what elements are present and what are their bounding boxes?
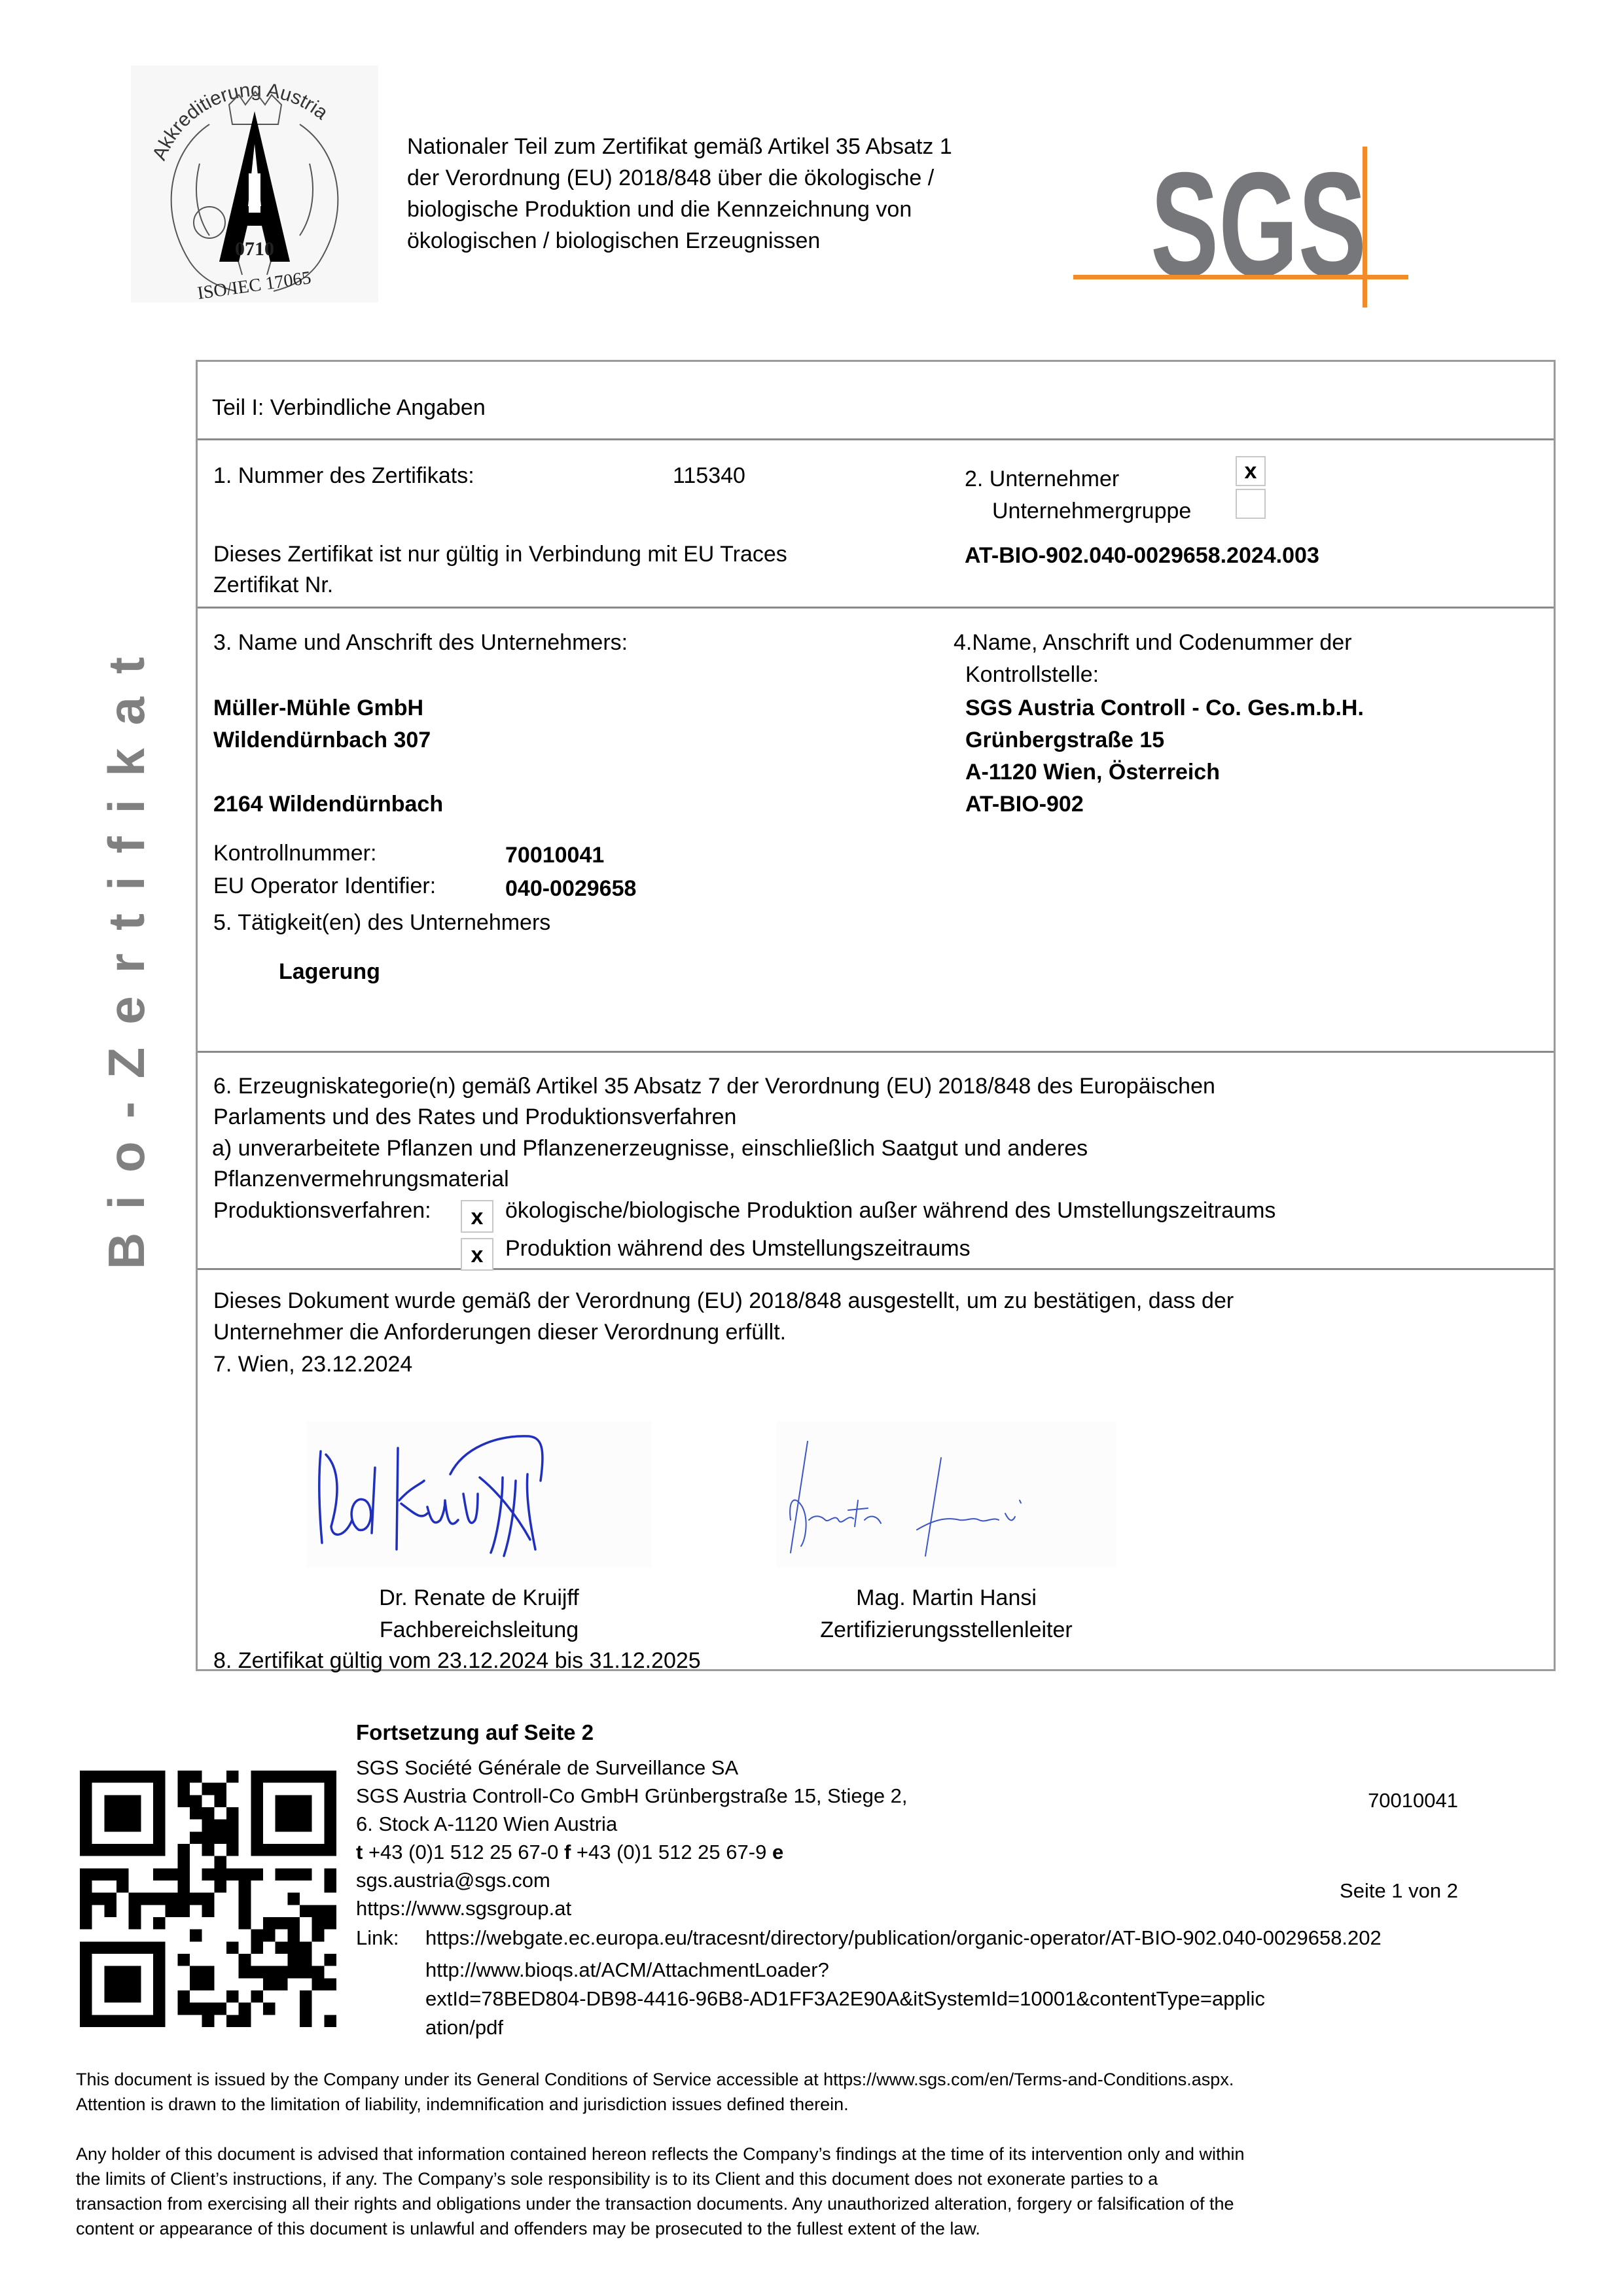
operator-checkbox[interactable]: x <box>1236 456 1266 486</box>
legal-line: content or appearance of this document i… <box>76 2216 980 2241</box>
email-prefix: e <box>772 1841 783 1863</box>
heading-line: biologische Produktion und die Kennzeich… <box>407 194 1048 225</box>
certificate-heading: Nationaler Teil zum Zertifikat gemäß Art… <box>407 131 1048 256</box>
email-link[interactable]: sgs.austria@sgs.com <box>356 1866 550 1895</box>
signatory-2-name: Mag. Martin Hansi <box>776 1582 1116 1614</box>
method-conversion-checkbox[interactable]: x <box>461 1238 493 1271</box>
phone-number: +43 (0)1 512 25 67-0 <box>363 1841 564 1863</box>
traces-link[interactable]: https://webgate.ec.europa.eu/tracesnt/di… <box>425 1924 1382 1952</box>
method-organic-label: ökologische/biologische Produktion außer… <box>505 1195 1275 1227</box>
divider <box>198 1051 1554 1053</box>
accreditation-austria-eagle-icon: Akkreditierung Austria 0710 ISO/IEC 1706… <box>131 65 378 302</box>
heading-line: Nationaler Teil zum Zertifikat gemäß Art… <box>407 131 1048 162</box>
svg-text:SGS: SGS <box>1150 144 1366 308</box>
method-conversion-label: Produktion während des Umstellungszeitra… <box>505 1233 971 1265</box>
traces-note-line: Zertifikat Nr. <box>213 569 333 601</box>
signatory-1-name: Dr. Renate de Kruijff <box>306 1582 652 1614</box>
signatory-1-role: Fachbereichsleitung <box>306 1614 652 1646</box>
activities-label: 5. Tätigkeit(en) des Unternehmers <box>213 907 550 939</box>
eu-operator-label: EU Operator Identifier: <box>213 870 436 902</box>
operator-section-label: 3. Name und Anschrift des Unternehmers: <box>213 627 628 659</box>
handwritten-signature-icon <box>306 1422 652 1567</box>
page-indicator: Seite 1 von 2 <box>1296 1877 1458 1905</box>
handwritten-signature-icon <box>776 1422 1116 1567</box>
control-body-name: SGS Austria Controll - Co. Ges.m.b.H. <box>965 692 1364 724</box>
legal-line: This document is issued by the Company u… <box>76 2067 1234 2092</box>
divider <box>198 1268 1554 1270</box>
traces-note-line: Dieses Zertifikat ist nur gültig in Verb… <box>213 539 787 571</box>
sgs-logo: SGS <box>1073 144 1440 308</box>
legal-line: the limits of Client’s instructions, if … <box>76 2166 1158 2191</box>
control-body-street: Grünbergstraße 15 <box>965 724 1164 756</box>
activity-item: Lagerung <box>279 956 380 988</box>
continuation-note: Fortsetzung auf Seite 2 <box>356 1718 594 1747</box>
company-line: SGS Société Générale de Surveillance SA <box>356 1754 738 1782</box>
qr-code-icon <box>80 1771 336 2027</box>
bioqs-link[interactable]: extId=78BED804-DB98-4416-96B8-AD1FF3A2E9… <box>425 1985 1265 2013</box>
declaration-line: Dieses Dokument wurde gemäß der Verordnu… <box>213 1285 1234 1317</box>
production-methods-label: Produktionsverfahren: <box>213 1195 431 1227</box>
fax-prefix: f <box>564 1841 571 1863</box>
svg-text:0710: 0710 <box>235 238 274 260</box>
traces-certificate-number: AT-BIO-902.040-0029658.2024.003 <box>965 540 1319 572</box>
part-title: Teil I: Verbindliche Angaben <box>212 392 486 424</box>
qr-code[interactable] <box>80 1771 336 2027</box>
certificate-number: 115340 <box>673 460 745 492</box>
operator-group-checkbox[interactable] <box>1236 489 1266 519</box>
bioqs-link[interactable]: ation/pdf <box>425 2013 503 2042</box>
product-category-line: Pflanzenvermehrungsmaterial <box>213 1163 509 1195</box>
control-number-label: Kontrollnummer: <box>213 838 376 870</box>
operator-type-label: 2. Unternehmer <box>965 463 1119 495</box>
fax-number: +43 (0)1 512 25 67-9 <box>571 1841 772 1863</box>
footer-control-number: 70010041 <box>1361 1786 1458 1815</box>
validity-period: 8. Zertifikat gültig vom 23.12.2024 bis … <box>213 1645 701 1677</box>
legal-line: Attention is drawn to the limitation of … <box>76 2092 849 2117</box>
bioqs-link[interactable]: http://www.bioqs.at/ACM/AttachmentLoader… <box>425 1956 829 1985</box>
eu-operator-id: 040-0029658 <box>505 873 636 905</box>
control-body-city: A-1120 Wien, Österreich <box>965 756 1220 788</box>
sgs-logo-icon: SGS <box>1073 144 1440 308</box>
signature-hansi <box>776 1422 1116 1567</box>
certificate-number-label: 1. Nummer des Zertifikats: <box>213 460 474 492</box>
divider <box>198 607 1554 609</box>
signatory-2-role: Zertifizierungsstellenleiter <box>776 1614 1116 1646</box>
svg-text:Akkreditierung Austria: Akkreditierung Austria <box>149 79 332 164</box>
legal-line: transaction from exercising all their ri… <box>76 2191 1234 2216</box>
svg-text:ISO/IEC 17065: ISO/IEC 17065 <box>196 268 313 302</box>
heading-line: der Verordnung (EU) 2018/848 über die ök… <box>407 162 1048 194</box>
accreditation-logo: Akkreditierung Austria 0710 ISO/IEC 1706… <box>131 65 378 302</box>
website-link[interactable]: https://www.sgsgroup.at <box>356 1894 571 1923</box>
contact-line: t +43 (0)1 512 25 67-0 f +43 (0)1 512 25… <box>356 1838 783 1867</box>
control-body-label-line: 4.Name, Anschrift und Codenummer der <box>954 627 1352 659</box>
signature-kruijff <box>306 1422 652 1567</box>
product-categories-label-line: 6. Erzeugniskategorie(n) gemäß Artikel 3… <box>213 1070 1215 1103</box>
control-body-code: AT-BIO-902 <box>965 788 1084 821</box>
company-line: SGS Austria Controll-Co GmbH Grünbergstr… <box>356 1782 908 1810</box>
operator-name: Müller-Mühle GmbH <box>213 692 423 724</box>
company-line: 6. Stock A-1120 Wien Austria <box>356 1810 617 1839</box>
heading-line: ökologischen / biologischen Erzeugnissen <box>407 225 1048 256</box>
divider <box>198 438 1554 440</box>
product-categories-label-line: Parlaments und des Rates und Produktions… <box>213 1101 736 1133</box>
phone-prefix: t <box>356 1841 363 1863</box>
operator-street: Wildendürnbach 307 <box>213 724 431 756</box>
operator-group-label: Unternehmergruppe <box>992 495 1191 527</box>
control-number: 70010041 <box>505 839 604 872</box>
certificate-form: Teil I: Verbindliche Angaben 1. Nummer d… <box>196 360 1556 1671</box>
method-organic-checkbox[interactable]: x <box>461 1200 493 1233</box>
bio-zertifikat-side-label: Bio-Zertifikat <box>97 634 156 1269</box>
product-category-line: a) unverarbeitete Pflanzen und Pflanzene… <box>212 1133 1088 1165</box>
control-body-label-line: Kontrollstelle: <box>965 659 1099 691</box>
link-label: Link: <box>356 1924 399 1952</box>
legal-line: Any holder of this document is advised t… <box>76 2142 1245 2166</box>
declaration-line: Unternehmer die Anforderungen dieser Ver… <box>213 1316 786 1349</box>
operator-city: 2164 Wildendürnbach <box>213 788 443 821</box>
place-date: 7. Wien, 23.12.2024 <box>213 1349 412 1381</box>
